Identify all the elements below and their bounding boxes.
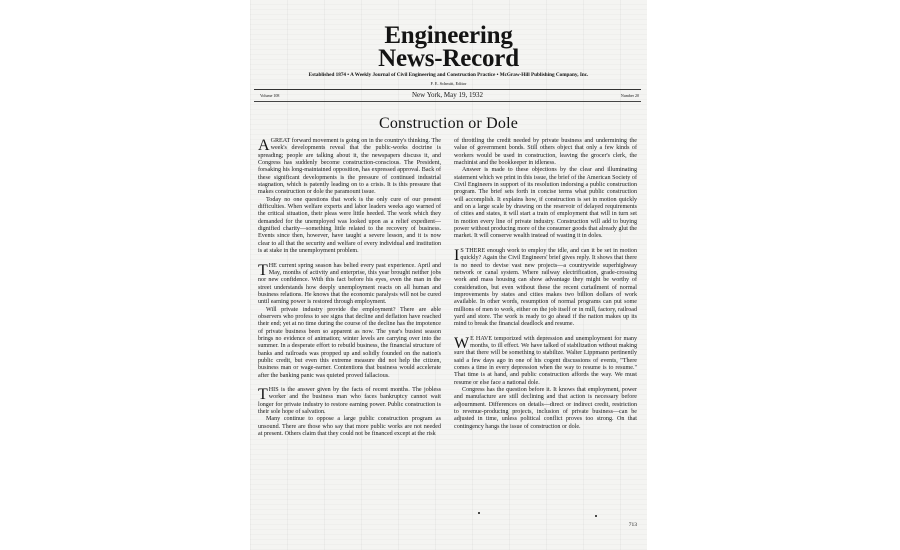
paragraph-text: forward movement is going on in the coun…: [258, 138, 441, 195]
publisher-line: Established 1874 • A Weekly Journal of C…: [250, 72, 647, 78]
issue-date: New York, May 19, 1932: [254, 91, 641, 99]
lead-in-caps: GREAT: [271, 138, 291, 144]
article-column-right: of throttling the credit needed by priva…: [454, 138, 637, 431]
article-paragraph: of throttling the credit needed by priva…: [454, 138, 637, 167]
article-paragraph: Answer is made to these objections by th…: [454, 167, 637, 240]
paragraph-text: Many continue to oppose a large public c…: [258, 416, 441, 437]
article-title: Construction or Dole: [250, 115, 647, 133]
article-paragraph: Will private industry provide the employ…: [258, 307, 441, 380]
editor-line: F. E. Schmitt, Editor: [250, 81, 647, 86]
paragraph-text: temporized with depression and unemploym…: [454, 336, 637, 386]
scan-speck: [595, 515, 597, 517]
paragraph-text: Congress has the question before it. It …: [454, 387, 637, 430]
article-column-left: AGREAT forward movement is going on in t…: [258, 138, 441, 438]
scanned-magazine-page: Engineering News-Record Established 1874…: [250, 0, 647, 550]
lead-in-caps: E HAVE: [470, 336, 492, 342]
paragraph-text: current spring season has belied every p…: [258, 263, 441, 306]
drop-cap: T: [258, 264, 268, 277]
article-paragraph: Today no one questions that work is the …: [258, 197, 441, 256]
drop-cap: A: [258, 139, 270, 152]
masthead: Engineering News-Record: [250, 24, 647, 70]
article-paragraph: THE current spring season has belied eve…: [258, 263, 441, 307]
paragraph-text: enough work to employ the idle, and can …: [454, 248, 637, 327]
article-paragraph: AGREAT forward movement is going on in t…: [258, 138, 441, 197]
header-rule-bottom: [254, 101, 641, 102]
article-paragraph: WE HAVE temporized with depression and u…: [454, 336, 637, 387]
paragraph-text: of throttling the credit needed by priva…: [454, 138, 637, 166]
issue-number: Number 20: [621, 93, 639, 98]
paragraph-text: is the answer given by the facts of rece…: [258, 387, 441, 415]
masthead-title-line1: Engineering: [250, 24, 647, 47]
article-paragraph: Congress has the question before it. It …: [454, 387, 637, 431]
page-number: 713: [629, 522, 637, 528]
header-rule-top: [254, 89, 641, 90]
paragraph-text: Answer is made to these objections by th…: [454, 167, 637, 239]
lead-in-caps: HIS: [269, 387, 279, 393]
lead-in-caps: S THERE: [460, 248, 485, 254]
lead-in-caps: HE: [269, 263, 277, 269]
paragraph-text: Today no one questions that work is the …: [258, 197, 441, 254]
article-paragraph: Many continue to oppose a large public c…: [258, 416, 441, 438]
scan-speck: [478, 512, 480, 514]
article-paragraph: THIS is the answer given by the facts of…: [258, 387, 441, 416]
dateline-bar: Volume 108 New York, May 19, 1932 Number…: [254, 91, 641, 100]
drop-cap: T: [258, 388, 268, 401]
article-paragraph: IS THERE enough work to employ the idle,…: [454, 248, 637, 329]
drop-cap: W: [454, 337, 469, 350]
masthead-title-line2: News-Record: [250, 47, 647, 70]
paragraph-text: Will private industry provide the employ…: [258, 307, 441, 379]
drop-cap: I: [454, 249, 459, 262]
